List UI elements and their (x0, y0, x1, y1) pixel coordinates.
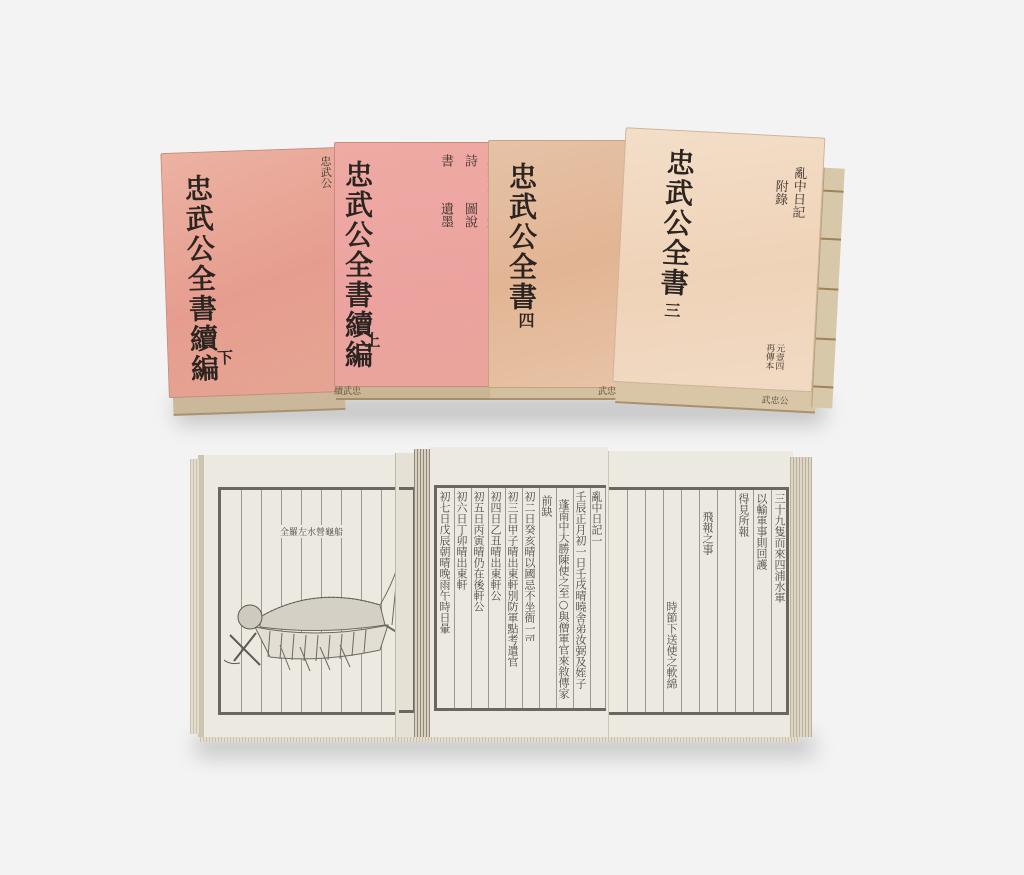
book-2-label-seo: 書 (438, 154, 453, 167)
book-4-small-note: 元壹四 再傳本 (762, 343, 784, 384)
stitch (824, 190, 844, 193)
book-4-edge-text: 武忠公 (761, 395, 789, 409)
middle-column-7: 初五日丙寅晴仍在後軒公事 (472, 491, 484, 611)
rule-line (771, 490, 772, 712)
closed-book-4: 忠武公全書 三 亂中日記 附錄 元壹四 再傳本 武忠公 (611, 127, 854, 424)
right-page: 三十九隻而來四浦水軍 以輸軍事則回護 得見所報 飛報之事 時節下送使之軟綿 (608, 451, 793, 737)
rule-line (605, 488, 606, 708)
book-2-edge-text: 續武忠 (334, 386, 361, 399)
left-page-stack (190, 459, 200, 734)
right-column-1: 三十九隻而來四浦水軍 (773, 493, 785, 693)
middle-column-2: 蓬南中大勝陳使之至○與僧軍官來敘傳家 (557, 499, 569, 707)
rule-line (663, 490, 664, 712)
closed-book-1: 忠武公全書續編 下 忠武公 (160, 147, 349, 418)
middle-column-5: 初三日甲子晴出東軒別防軍點考遣官 (506, 491, 518, 671)
rule-line (645, 490, 646, 712)
middle-column-4: 初二日癸亥晴以國忌不坐衙一司諸 (523, 491, 535, 641)
turtle-ship-illustration (220, 565, 410, 675)
middle-column-9: 初七日戊辰朝晴晚雨午時日暈 (438, 491, 450, 691)
rule-line (627, 490, 628, 712)
rule-line (681, 490, 682, 712)
left-page: 全羅左水營龜船 (198, 455, 398, 737)
book-3-volume-mark: 四 (514, 312, 537, 330)
book-1-volume-mark: 下 (212, 349, 236, 368)
book-2-label-yumuk: 遺墨 (438, 202, 453, 228)
book-2-label-si: 詩 (462, 154, 477, 167)
book-2-volume-mark: 上 (360, 332, 383, 350)
gutter-frame (399, 487, 415, 713)
book-4-volume-mark: 三 (660, 301, 684, 320)
right-column-4: 飛報之事 (701, 511, 713, 691)
illustration-caption: 全羅左水營龜船 (278, 525, 345, 538)
closed-book-2: 忠武公全書續編 上 賜祭文 附錄 詩 圖說 書 遺墨 續武忠 (334, 142, 514, 402)
book-4-label-burok: 附錄 (772, 179, 788, 206)
middle-column-6: 初四日乙丑晴出東軒公事 (489, 491, 501, 601)
rule-line (753, 490, 754, 712)
book-2-label-doseol: 圖說 (462, 202, 477, 228)
middle-column-1: 壬辰正月初一日壬戌晴曉舍弟汝弼及姪子 (574, 491, 586, 707)
middle-column-8: 初六日丁卯晴出東軒公事 (455, 491, 467, 591)
rule-line (735, 490, 736, 712)
stitch (818, 288, 838, 291)
middle-column-3: 前缺 (540, 495, 552, 535)
right-column-2: 以輸軍事則回護 (755, 493, 767, 693)
rule-line (699, 490, 700, 712)
middle-page: 亂中日記一 壬辰正月初一日壬戌晴曉舍弟汝弼及姪子 蓬南中大勝陳使之至○與僧軍官來… (430, 447, 608, 737)
photo-scene: 忠武公全書續編 下 忠武公 忠武公全書續編 上 賜祭文 附錄 詩 圖說 書 遺墨… (0, 0, 1024, 875)
right-column-5: 時節下送使之軟綿 (665, 601, 677, 701)
middle-header: 亂中日記一 (590, 491, 602, 551)
open-book: 全羅左水營龜船 (190, 447, 820, 747)
rule-line (717, 490, 718, 712)
stitch (813, 385, 833, 388)
stitch (821, 238, 841, 241)
book-4-label-nanjung-ilgi: 亂中日記 (789, 166, 807, 219)
right-column-3: 得見所報 (737, 493, 749, 673)
book-1-spine-corner-text: 忠武公 (319, 155, 333, 188)
stitch (816, 337, 836, 340)
book-4-title: 忠武公全書 (657, 147, 695, 298)
right-page-stack (790, 457, 812, 737)
book-3-title: 忠武公全書 (506, 162, 536, 312)
